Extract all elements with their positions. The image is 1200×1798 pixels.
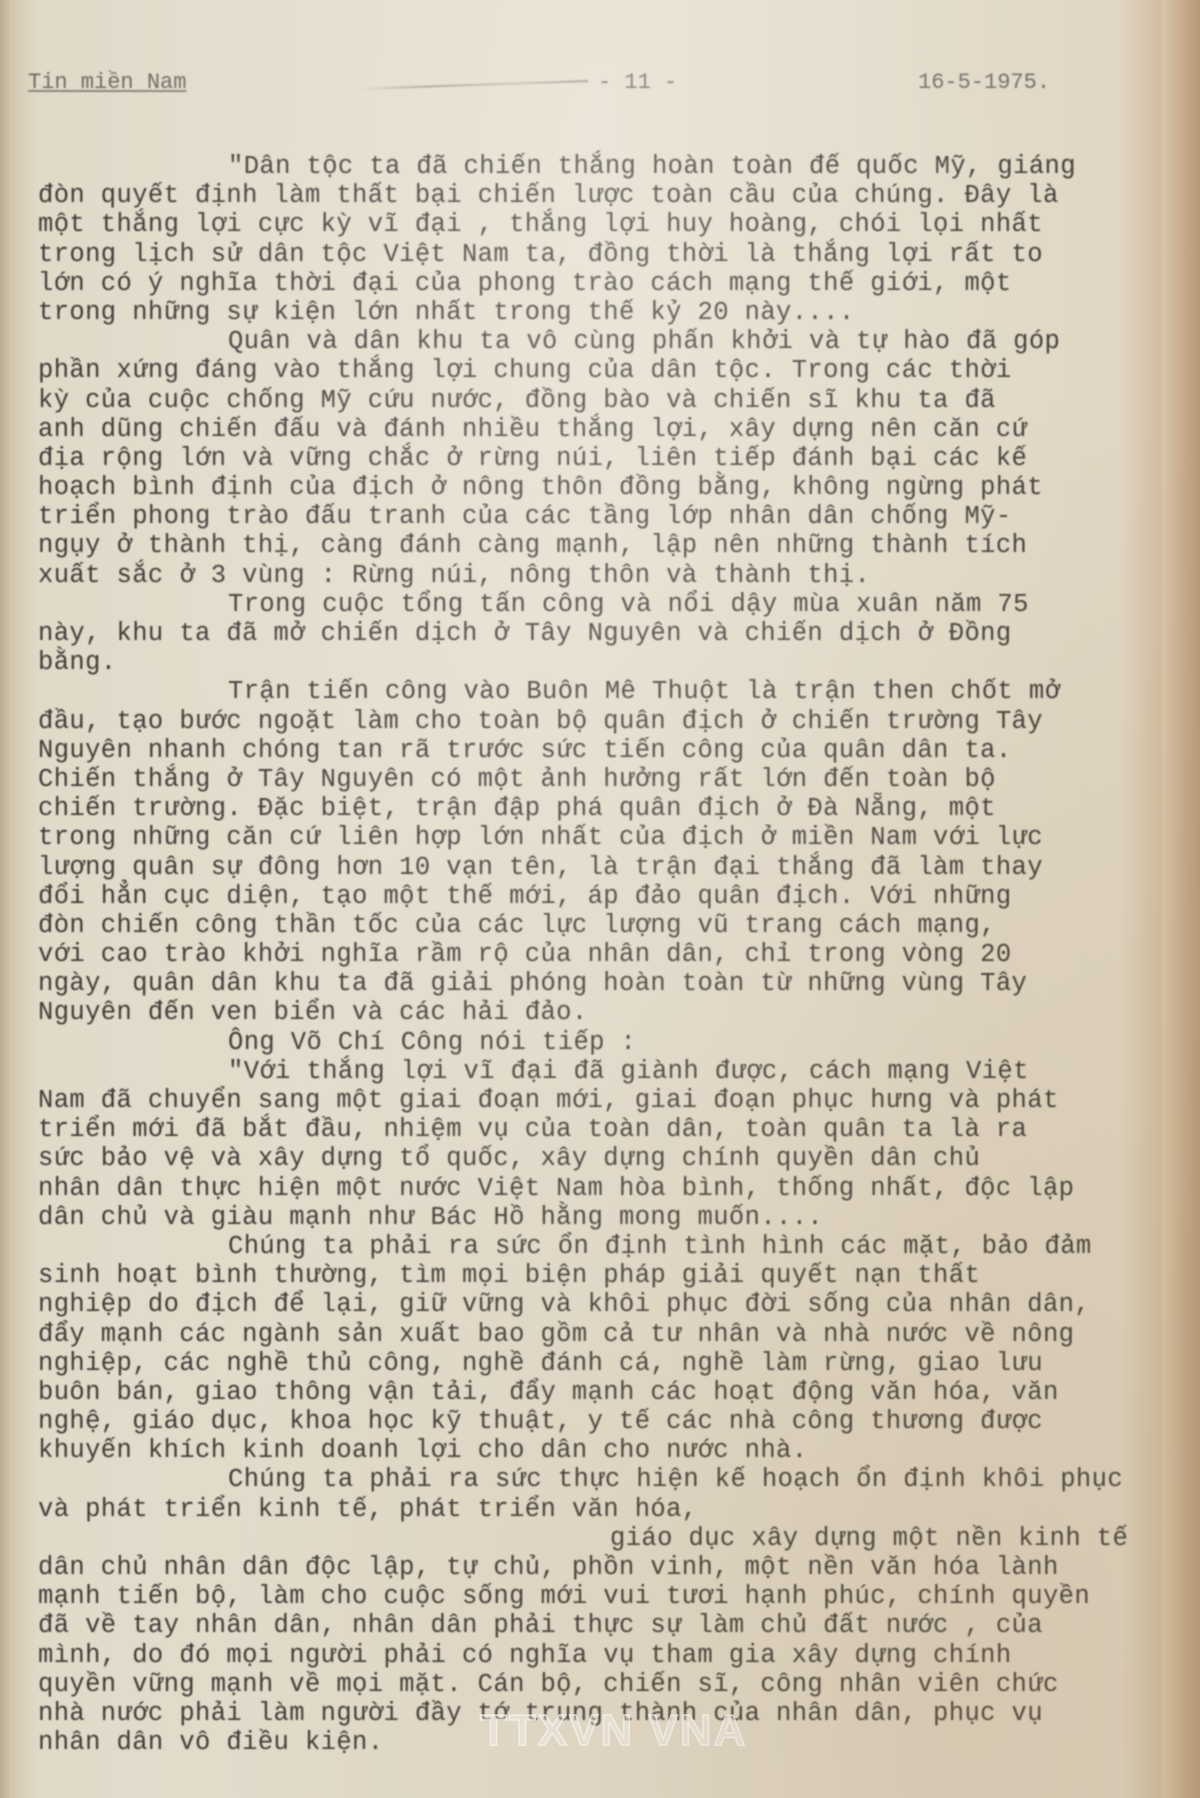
text-line: đòn quyết định làm thất bại chiến lược t… [38, 181, 1158, 210]
text-line: địa rộng lớn và vững chắc ở rừng núi, li… [38, 444, 1158, 473]
text-line: Trong cuộc tổng tấn công và nổi dậy mùa … [38, 590, 1158, 619]
text-line: dân chủ nhân dân độc lập, tự chủ, phồn v… [38, 1553, 1158, 1582]
header-rule [358, 80, 588, 90]
header-page-number: - 11 - [598, 70, 677, 95]
text-line: Nguyên nhanh chóng tan rã trước sức tiến… [38, 736, 1158, 765]
page-right-edge [1162, 0, 1200, 1798]
text-line: và phát triển kinh tế, phát triển văn hó… [38, 1495, 1158, 1524]
text-line: triển phong trào đấu tranh của các tầng … [38, 502, 1158, 531]
header-source: Tin miền Nam [28, 70, 186, 95]
text-line: mình, do đó mọi người phải có nghĩa vụ t… [38, 1641, 1158, 1670]
text-line: lượng quân sự đông hơn 10 vạn tên, là tr… [38, 853, 1158, 882]
text-line: một thắng lợi cực kỳ vĩ đại , thắng lợi … [38, 210, 1158, 239]
text-line: đã về tay nhân dân, nhân dân phải thực s… [38, 1611, 1158, 1640]
text-line: nghiệp, các nghề thủ công, nghề đánh cá,… [38, 1349, 1158, 1378]
text-line: Ông Võ Chí Công nói tiếp : [38, 1028, 1158, 1057]
text-line: nhân dân thực hiện một nước Việt Nam hòa… [38, 1174, 1158, 1203]
text-line: Chúng ta phải ra sức thực hiện kế hoạch … [38, 1465, 1158, 1494]
text-line: trong lịch sử dân tộc Việt Nam ta, đồng … [38, 240, 1158, 269]
text-line: xuất sắc ở 3 vùng : Rừng núi, nông thôn … [38, 561, 1158, 590]
text-line: Chúng ta phải ra sức ổn định tình hình c… [38, 1232, 1158, 1261]
text-line: đòn chiến công thần tốc của các lực lượn… [38, 911, 1158, 940]
text-line: kỳ của cuộc chống Mỹ cứu nước, đồng bào … [38, 386, 1158, 415]
text-line: triển mới đã bắt đầu, nhiệm vụ của toàn … [38, 1115, 1158, 1144]
text-line: trong những căn cứ liên hợp lớn nhất của… [38, 823, 1158, 852]
watermark: TTXVN VNA [480, 1706, 747, 1756]
document-photo: Tin miền Nam - 11 - 16-5-1975. "Dân tộc … [0, 0, 1200, 1798]
text-line: "Với thắng lợi vĩ đại đã giành được, các… [38, 1057, 1158, 1086]
text-line: với cao trào khởi nghĩa rầm rộ của nhân … [38, 940, 1158, 969]
text-line: giáo dục xây dựng một nền kinh tế [38, 1524, 1158, 1553]
text-line: khuyến khích kinh doanh lợi cho dân cho … [38, 1436, 1158, 1465]
document-body: "Dân tộc ta đã chiến thắng hoàn toàn đế … [38, 152, 1158, 1757]
header-date: 16-5-1975. [918, 70, 1050, 95]
text-line: lớn có ý nghĩa thời đại của phong trào c… [38, 269, 1158, 298]
text-line: ngày, quân dân khu ta đã giải phóng hoàn… [38, 969, 1158, 998]
page-left-edge [0, 0, 12, 1798]
text-line: Nam đã chuyển sang một giai đoạn mới, gi… [38, 1086, 1158, 1115]
text-line: hoạch bình định của địch ở nông thôn đồn… [38, 473, 1158, 502]
text-line: này, khu ta đã mở chiến dịch ở Tây Nguyê… [38, 619, 1158, 648]
text-line: Quân và dân khu ta vô cùng phấn khởi và … [38, 327, 1158, 356]
text-line: "Dân tộc ta đã chiến thắng hoàn toàn đế … [38, 152, 1158, 181]
text-line: chiến trường. Đặc biệt, trận đập phá quâ… [38, 794, 1158, 823]
text-line: Trận tiến công vào Buôn Mê Thuột là trận… [38, 677, 1158, 706]
text-line: đầu, tạo bước ngoặt làm cho toàn bộ quân… [38, 707, 1158, 736]
text-line: anh dũng chiến đấu và đánh nhiều thắng l… [38, 415, 1158, 444]
watermark-text: TTXVN VNA [480, 1706, 747, 1755]
text-line: sinh hoạt bình thường, tìm mọi biện pháp… [38, 1261, 1158, 1290]
text-line: bằng. [38, 648, 1158, 677]
text-line: phần xứng đáng vào thắng lợi chung của d… [38, 356, 1158, 385]
text-line: đổi hẳn cục diện, tạo một thế mới, áp đả… [38, 882, 1158, 911]
text-line: trong những sự kiện lớn nhất trong thế k… [38, 298, 1158, 327]
text-line: buôn bán, giao thông vận tải, đẩy mạnh c… [38, 1378, 1158, 1407]
text-line: Nguyên đến ven biển và các hải đảo. [38, 998, 1158, 1027]
text-line: nghệ, giáo dục, khoa học kỹ thuật, y tế … [38, 1407, 1158, 1436]
text-line: sức bảo vệ và xây dựng tổ quốc, xây dựng… [38, 1144, 1158, 1173]
text-line: ngụy ở thành thị, càng đánh càng mạnh, l… [38, 531, 1158, 560]
text-line: đẩy mạnh các ngành sản xuất bao gồm cả t… [38, 1320, 1158, 1349]
page-header: Tin miền Nam - 11 - 16-5-1975. [28, 70, 1148, 104]
text-line: mạnh tiến bộ, làm cho cuộc sống mới vui … [38, 1582, 1158, 1611]
text-line: Chiến thắng ở Tây Nguyên có một ảnh hưởn… [38, 765, 1158, 794]
text-line: nghiệp do địch để lại, giữ vững và khôi … [38, 1290, 1158, 1319]
text-line: quyền vững mạnh về mọi mặt. Cán bộ, chiế… [38, 1670, 1158, 1699]
text-line: dân chủ và giàu mạnh như Bác Hồ hằng mon… [38, 1203, 1158, 1232]
